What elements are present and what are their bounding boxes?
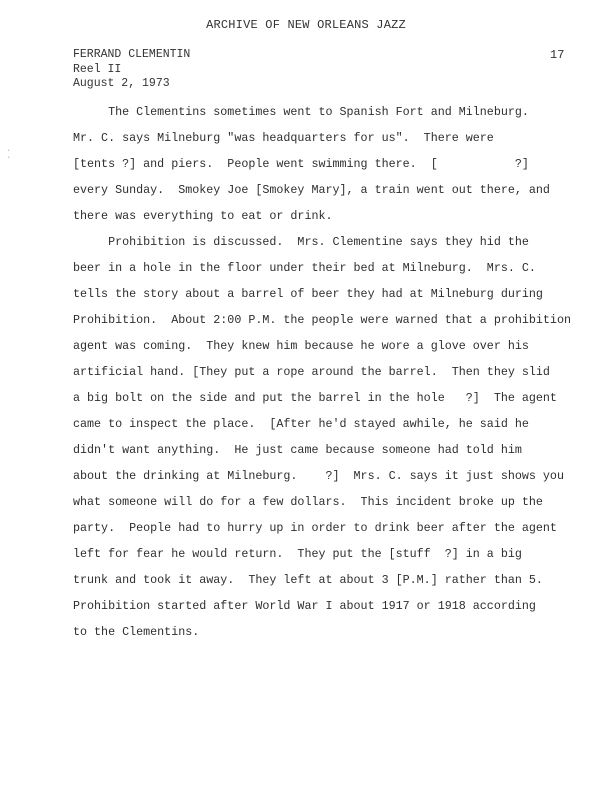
reel-label: Reel II [73,63,190,78]
text-line: tells the story about a barrel of beer t… [73,281,603,307]
text-line: party. People had to hurry up in order t… [73,515,603,541]
text-line: didn't want anything. He just came becau… [73,437,603,463]
text-line: every Sunday. Smokey Joe [Smokey Mary], … [73,177,603,203]
text-line: to the Clementins. [73,619,603,645]
text-line: there was everything to eat or drink. [73,203,603,229]
text-line: trunk and took it away. They left at abo… [73,567,603,593]
document-page: ARCHIVE OF NEW ORLEANS JAZZ FERRAND CLEM… [0,0,612,792]
text-line: left for fear he would return. They put … [73,541,603,567]
text-line: Mr. C. says Milneburg "was headquarters … [73,125,603,151]
transcript-body: The Clementins sometimes went to Spanish… [73,99,603,645]
interview-date: August 2, 1973 [73,77,190,92]
paragraph-1: The Clementins sometimes went to Spanish… [73,99,603,229]
text-line: The Clementins sometimes went to Spanish… [73,99,603,125]
text-line: Prohibition. About 2:00 P.M. the people … [73,307,603,333]
archive-title: ARCHIVE OF NEW ORLEANS JAZZ [0,18,612,32]
interview-header: FERRAND CLEMENTIN Reel II August 2, 1973 [73,48,190,92]
paragraph-2: Prohibition is discussed. Mrs. Clementin… [73,229,603,645]
text-line: artificial hand. [They put a rope around… [73,359,603,385]
interviewee-name: FERRAND CLEMENTIN [73,48,190,63]
text-line: beer in a hole in the floor under their … [73,255,603,281]
text-line: Prohibition started after World War I ab… [73,593,603,619]
text-line: a big bolt on the side and put the barre… [73,385,603,411]
text-line: about the drinking at Milneburg. ?] Mrs.… [73,463,603,489]
text-line: came to inspect the place. [After he'd s… [73,411,603,437]
scan-margin-mark: ·· [6,148,12,162]
page-number: 17 [550,48,564,62]
text-line: what someone will do for a few dollars. … [73,489,603,515]
text-line: [tents ?] and piers. People went swimmin… [73,151,603,177]
text-line: agent was coming. They knew him because … [73,333,603,359]
text-line: Prohibition is discussed. Mrs. Clementin… [73,229,603,255]
